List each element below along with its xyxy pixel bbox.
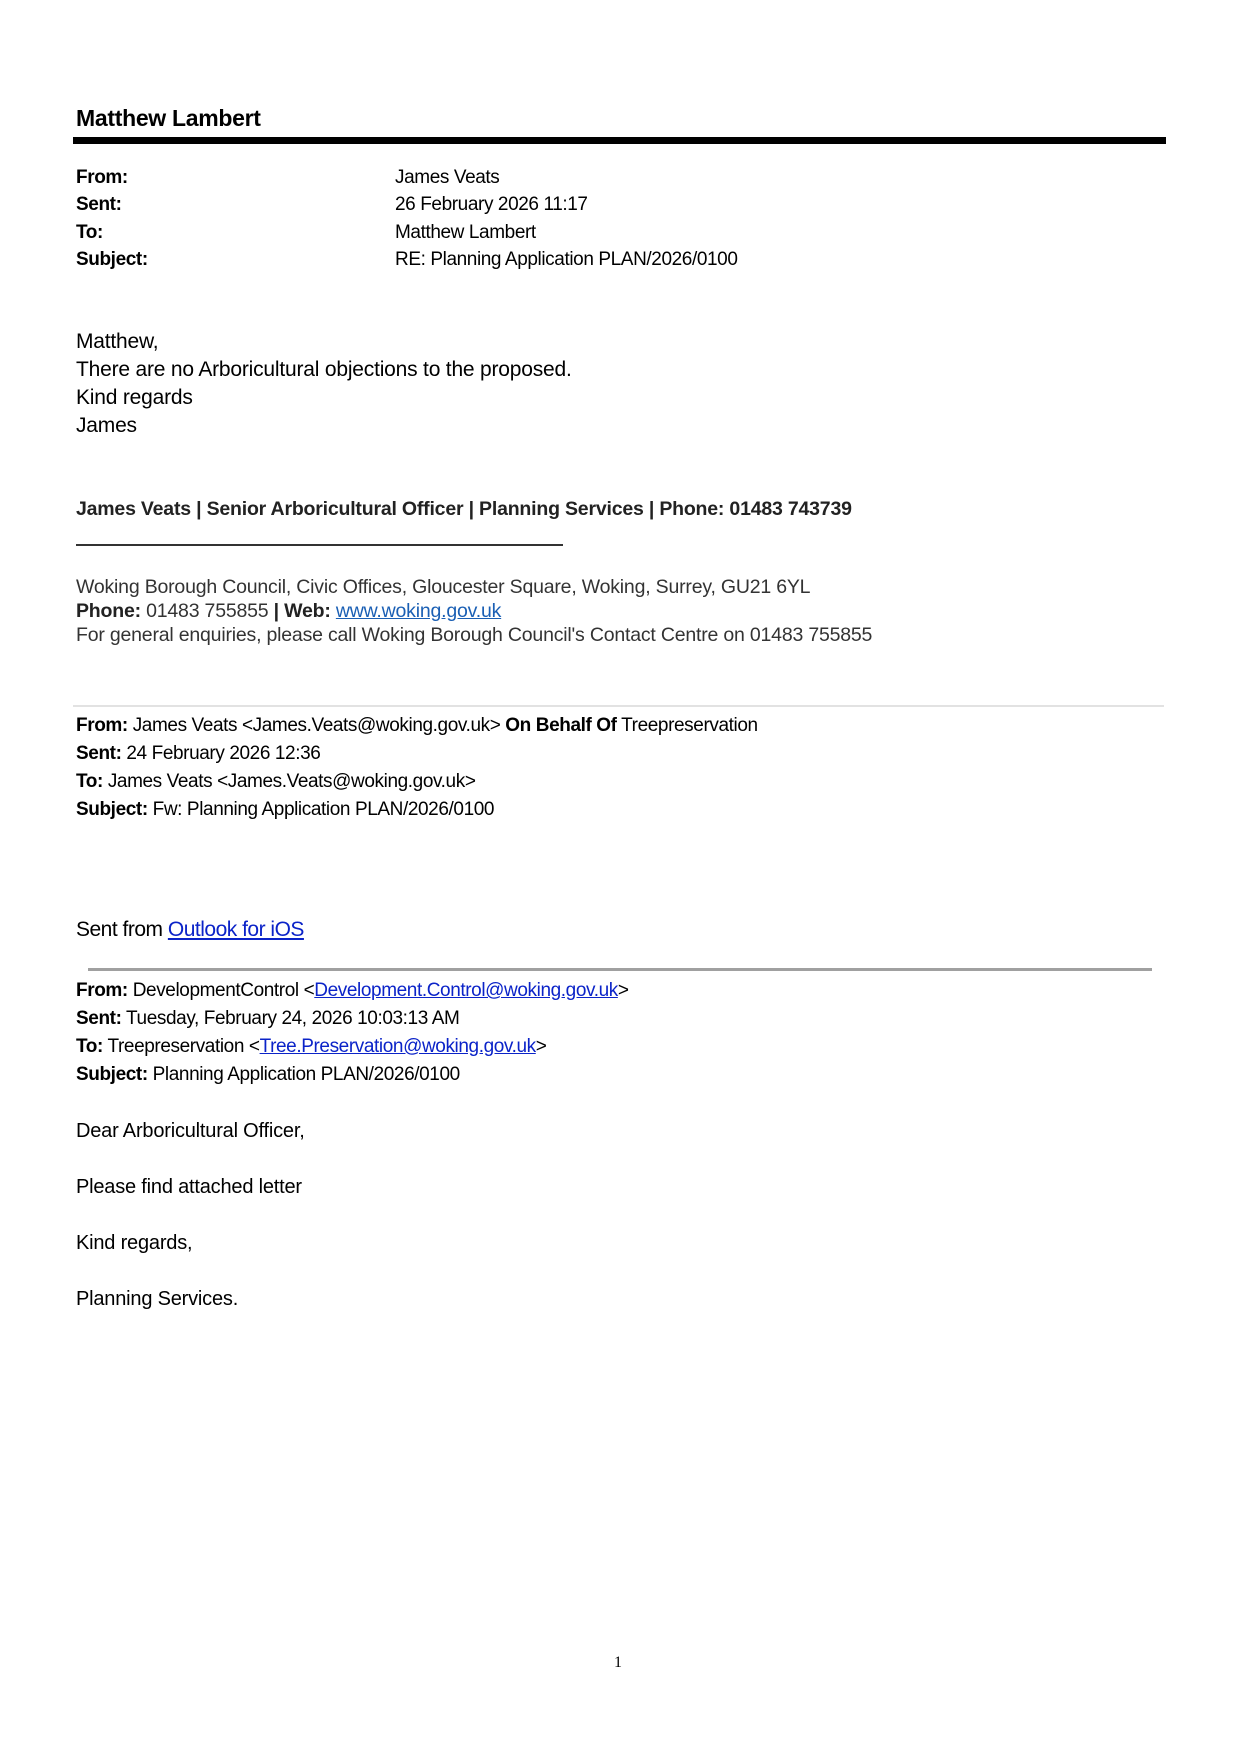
original-from-label: From: — [76, 980, 128, 1001]
original-to-name: Treepreservation < — [103, 1036, 260, 1057]
original-subject: Subject: Planning Application PLAN/2026/… — [76, 1064, 460, 1086]
original-to: To: Treepreservation <Tree.Preservation@… — [76, 1036, 546, 1058]
forwarded-from: From: James Veats <James.Veats@woking.go… — [76, 715, 758, 737]
reply-greeting: Matthew, — [76, 330, 158, 354]
outlook-ios-link[interactable]: Outlook for iOS — [168, 918, 304, 941]
forwarded-to-value: James Veats <James.Veats@woking.gov.uk> — [103, 771, 476, 792]
from-value: James Veats — [395, 167, 499, 189]
original-subject-label: Subject: — [76, 1064, 148, 1085]
to-label: To: — [76, 222, 103, 244]
on-behalf-label: On Behalf Of — [505, 715, 616, 736]
signature-line: James Veats | Senior Arboricultural Offi… — [76, 498, 852, 521]
signature-contact: Phone: 01483 755855 | Web: www.woking.go… — [76, 600, 501, 623]
original-sent: Sent: Tuesday, February 24, 2026 10:03:1… — [76, 1008, 459, 1030]
subject-label: Subject: — [76, 249, 148, 271]
forwarded-from-label: From: — [76, 715, 128, 736]
original-from: From: DevelopmentControl <Development.Co… — [76, 980, 629, 1002]
original-subject-value: Planning Application PLAN/2026/0100 — [148, 1064, 460, 1085]
development-control-email-link[interactable]: Development.Control@woking.gov.uk — [314, 980, 618, 1001]
sent-from-prefix: Sent from — [76, 918, 168, 941]
reply-signoff: Kind regards — [76, 386, 193, 410]
original-signoff: Kind regards, — [76, 1232, 192, 1255]
forwarded-to: To: James Veats <James.Veats@woking.gov.… — [76, 771, 476, 793]
forwarded-subject-label: Subject: — [76, 799, 148, 820]
sent-value: 26 February 2026 11:17 — [395, 194, 588, 216]
forwarded-sent-label: Sent: — [76, 743, 122, 764]
forwarded-sent-value: 24 February 2026 12:36 — [122, 743, 321, 764]
to-value: Matthew Lambert — [395, 222, 536, 244]
signature-enquiries: For general enquiries, please call Wokin… — [76, 624, 872, 647]
tree-preservation-email-link[interactable]: Tree.Preservation@woking.gov.uk — [260, 1036, 536, 1057]
title-divider — [73, 137, 1166, 144]
original-message: Please find attached letter — [76, 1176, 302, 1199]
forwarded-subject: Subject: Fw: Planning Application PLAN/2… — [76, 799, 494, 821]
subject-value: RE: Planning Application PLAN/2026/0100 — [395, 249, 738, 271]
original-message-divider — [88, 968, 1152, 971]
website-link[interactable]: www.woking.gov.uk — [336, 600, 501, 622]
phone-value: 01483 755855 — [141, 600, 274, 622]
original-to-label: To: — [76, 1036, 103, 1057]
reply-name: James — [76, 414, 137, 438]
forwarded-to-label: To: — [76, 771, 103, 792]
original-greeting: Dear Arboricultural Officer, — [76, 1120, 305, 1143]
forward-divider — [73, 705, 1164, 707]
original-from-name: DevelopmentControl < — [128, 980, 314, 1001]
original-from-close: > — [618, 980, 629, 1001]
sent-from-line: Sent from Outlook for iOS — [76, 918, 304, 942]
web-label: Web: — [279, 600, 331, 622]
page-number: 1 — [614, 1654, 622, 1672]
reply-message: There are no Arboricultural objections t… — [76, 358, 572, 382]
on-behalf-value: Treepreservation — [617, 715, 758, 736]
from-label: From: — [76, 167, 128, 189]
signature-address: Woking Borough Council, Civic Offices, G… — [76, 576, 810, 599]
forwarded-subject-value: Fw: Planning Application PLAN/2026/0100 — [148, 799, 494, 820]
forwarded-sent: Sent: 24 February 2026 12:36 — [76, 743, 320, 765]
original-to-close: > — [536, 1036, 547, 1057]
phone-label: Phone: — [76, 600, 141, 622]
signature-underline — [76, 544, 563, 546]
original-sender: Planning Services. — [76, 1288, 238, 1311]
document-title: Matthew Lambert — [76, 105, 261, 132]
forwarded-from-value: James Veats <James.Veats@woking.gov.uk> — [128, 715, 505, 736]
original-sent-value: Tuesday, February 24, 2026 10:03:13 AM — [122, 1008, 460, 1029]
original-sent-label: Sent: — [76, 1008, 122, 1029]
sent-label: Sent: — [76, 194, 122, 216]
